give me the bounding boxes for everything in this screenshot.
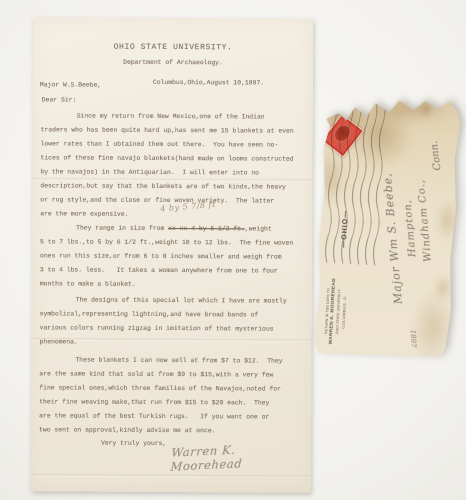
return-address: RETURN IN TEN DAYS TO WARREN K. MOOREHEA… xyxy=(323,274,348,349)
envelope-address-state: Conn. xyxy=(429,140,444,171)
signature-warren-moorehead: Warren K. Moorehead xyxy=(170,439,311,474)
letter-body: Since my return from New Mexico,one of t… xyxy=(39,109,308,438)
size-suffix: ,weight xyxy=(245,225,272,232)
letter-line: are the more expensive. xyxy=(40,207,307,222)
dateline: Columbus,Ohio,August 10,1897. xyxy=(153,79,264,87)
size-prefix: They range in size from xyxy=(76,224,168,231)
envelope-face: —OHIO— RETURN IN TEN DAYS TO WARREN K. M… xyxy=(312,91,462,360)
letter-line: traders who has been quite hard up,has s… xyxy=(41,123,308,138)
envelope: —OHIO— RETURN IN TEN DAYS TO WARREN K. M… xyxy=(312,91,462,360)
salutation: Dear Sir: xyxy=(42,96,77,103)
letter-line-size: They range in size from xx xx 4 by 5 1/2… xyxy=(40,221,307,236)
closing-phrase: Very truly yours, xyxy=(101,440,166,447)
photo-of-letter-and-envelope: OHIO STATE UNIVERSITY. Department of Arc… xyxy=(0,0,466,500)
letter-line: phenomena. xyxy=(40,335,307,350)
letter-line: ones run this size,or from 6 to 8 inches… xyxy=(40,249,307,264)
letter-line: These blankets I can now sell at from $7… xyxy=(39,353,306,368)
letter-line: their fine weaving make,that run from $1… xyxy=(39,395,306,410)
letter-line: are the equal of the best Turkish rugs. … xyxy=(39,409,306,424)
letter-line: tices of these fine navajo blankets(hand… xyxy=(40,151,307,166)
pencil-year-note: 1897 xyxy=(409,330,417,348)
stain xyxy=(410,289,456,365)
letter-sheet: OHIO STATE UNIVERSITY. Department of Arc… xyxy=(31,17,313,492)
postmark-text: —OHIO— xyxy=(341,210,350,248)
envelope-address-town: Hampton, xyxy=(402,199,418,258)
letterhead-university: OHIO STATE UNIVERSITY. xyxy=(33,42,313,52)
letter-line: description,but say that the blankets ar… xyxy=(40,179,307,194)
letter-line: lower rates than I obtained them out the… xyxy=(41,137,308,152)
letter-line: or rug style,and the close or fine woven… xyxy=(40,193,307,208)
letter-line: various colors running zigzag in imitati… xyxy=(40,321,307,336)
letter-line: 3 to 4 lbs. less. It takes a woman anywh… xyxy=(40,263,307,278)
letter-line: Since my return from New Mexico,one of t… xyxy=(41,109,308,124)
letter-line: symbolical,representing lightning,and ha… xyxy=(40,307,307,322)
letterhead-department: Department of Archaeology. xyxy=(33,58,313,66)
fold-crease xyxy=(31,473,311,478)
letter-line: fine special ones,which three families o… xyxy=(39,381,306,396)
letter-line: months to make a blanket. xyxy=(40,277,307,292)
letter-line: two sent on approval,kindly advise me at… xyxy=(39,423,306,438)
letter-line: 5 to 7 lbs.,to 5 by 6 1/2 ft.,weight 10 … xyxy=(40,235,307,250)
letter-line: are the same kind that sold at from $9 t… xyxy=(39,367,306,382)
stain xyxy=(434,199,460,242)
letter-line: by the navajos) in the Antiquarian. I wi… xyxy=(40,165,307,180)
letter-line: The designs of this special lot which I … xyxy=(40,293,307,308)
stain xyxy=(433,275,452,302)
envelope-address-county: Windham Co., xyxy=(416,179,434,263)
size-struck-text: xx xx 4 by 5 1/2 ft. xyxy=(168,225,245,232)
addressee: Major W.S.Beebe, xyxy=(40,81,101,88)
